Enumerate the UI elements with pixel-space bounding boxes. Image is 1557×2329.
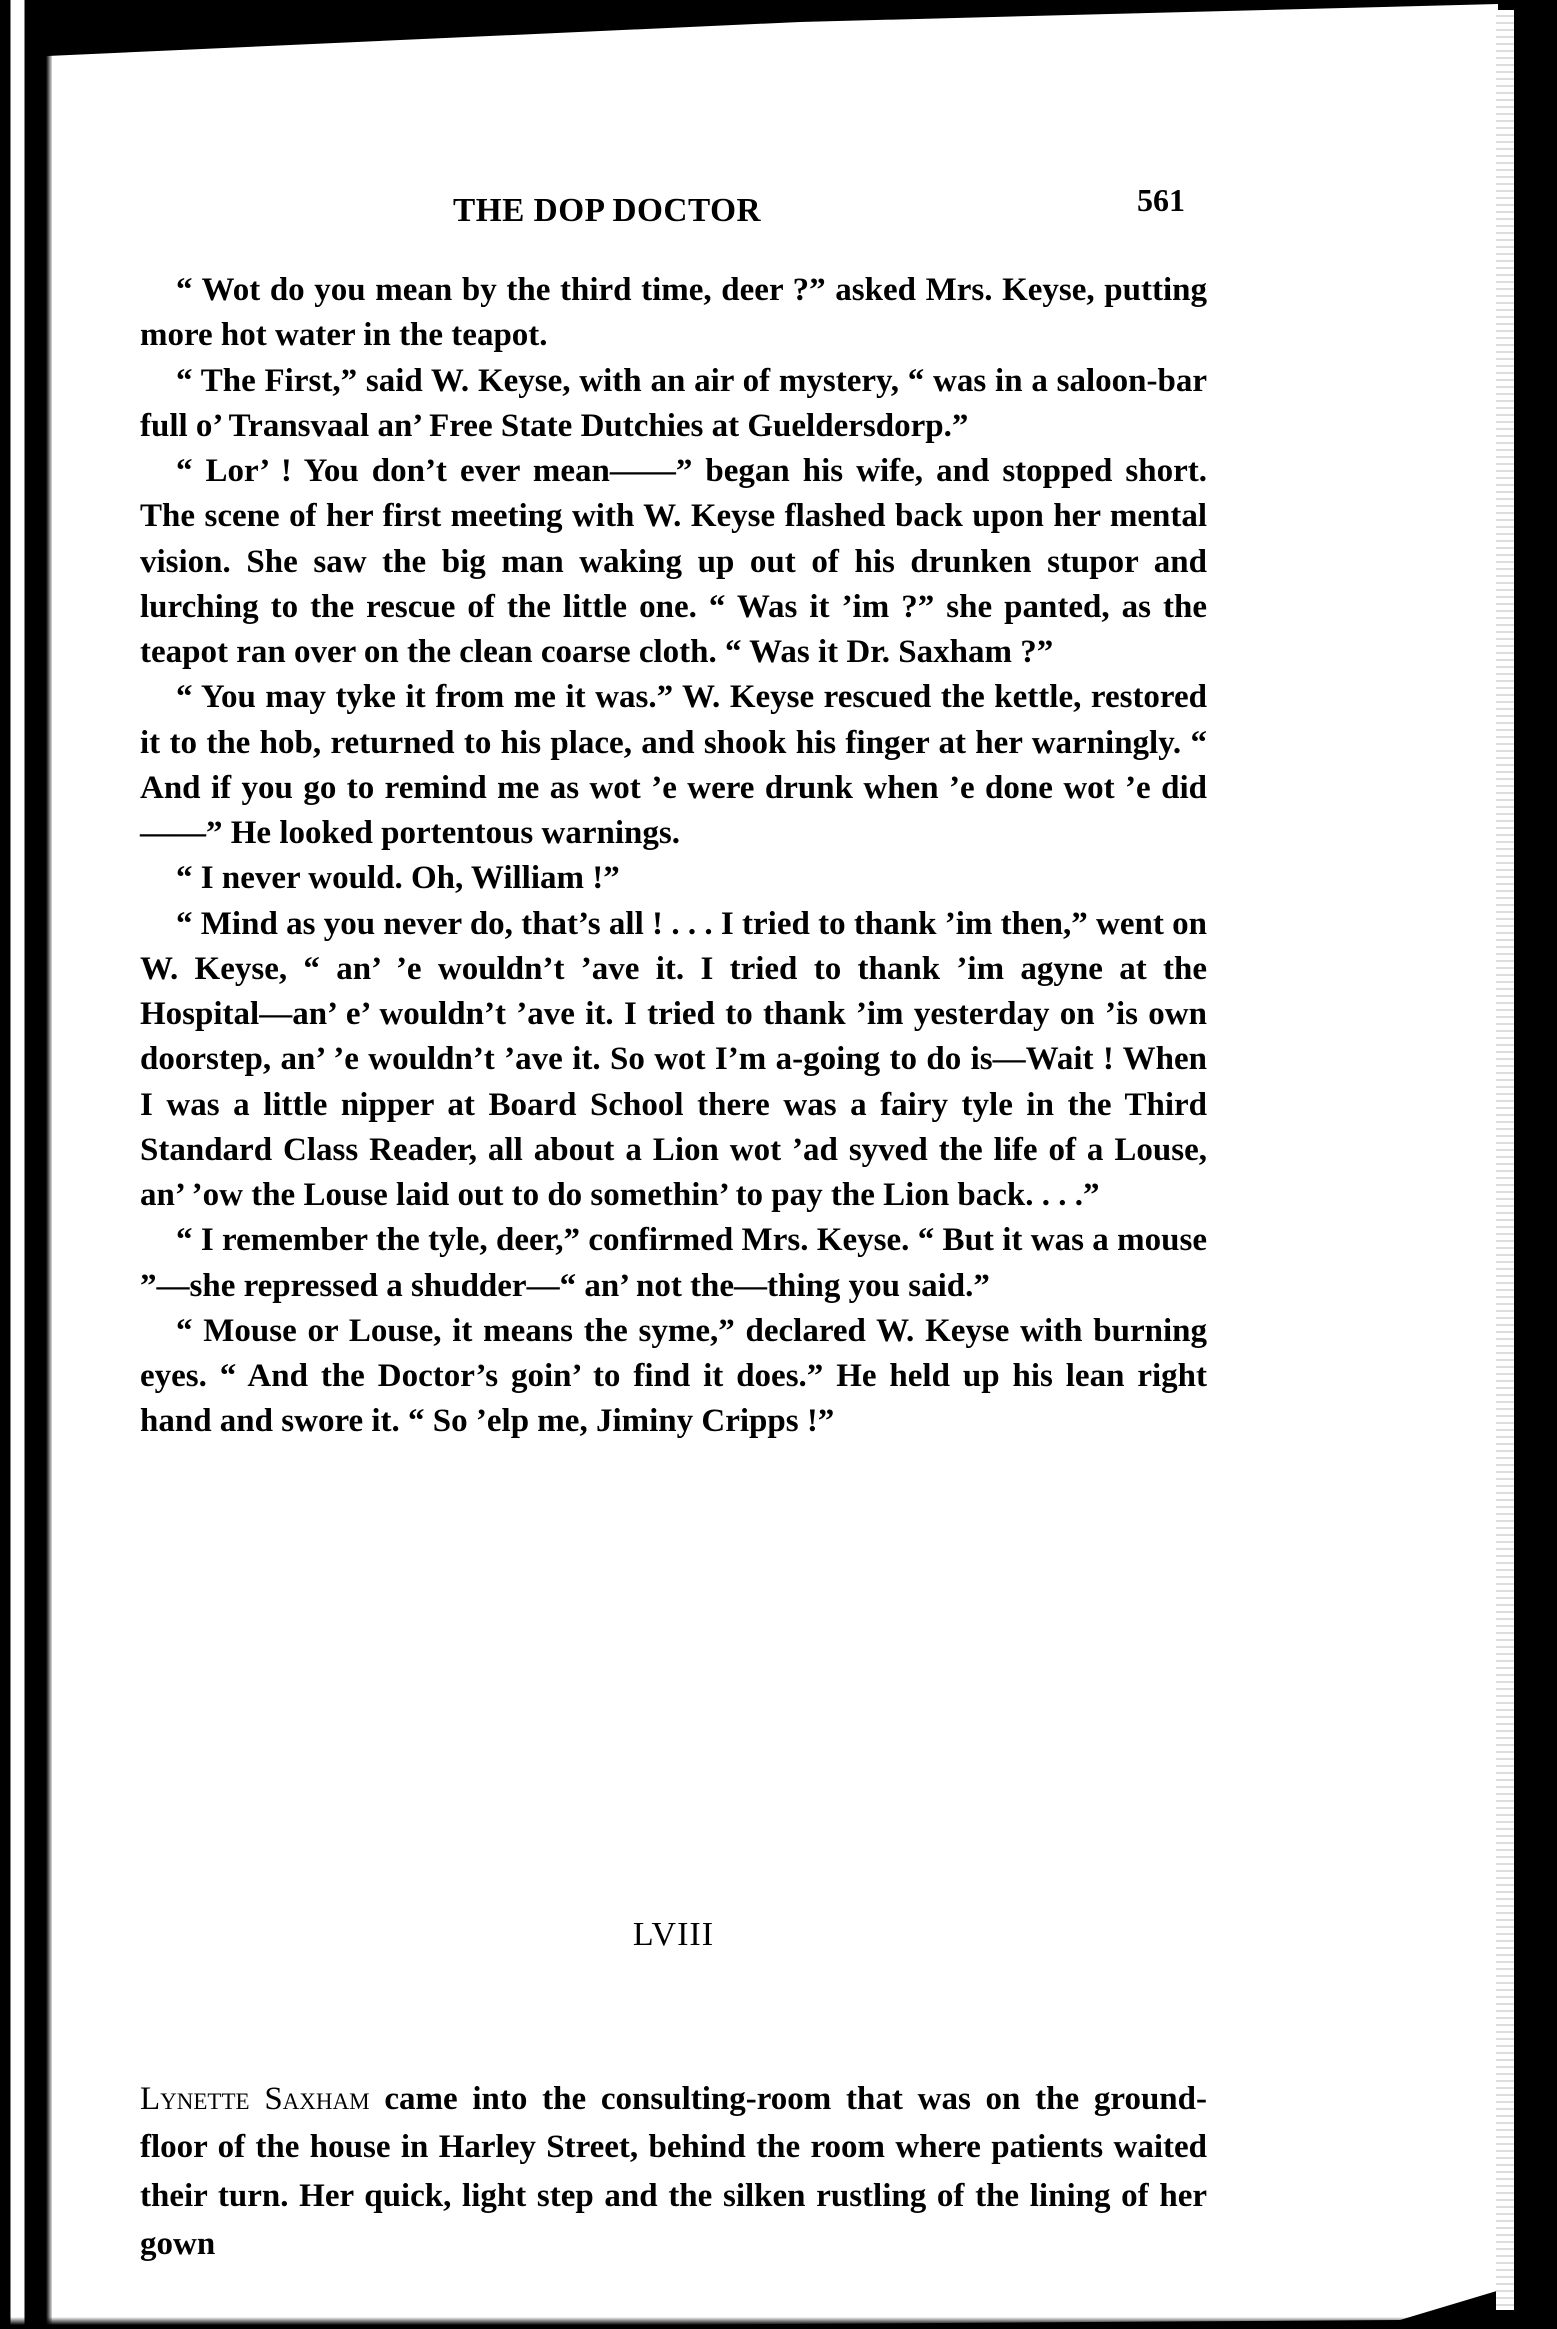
chapter-body: Lynette Saxham came into the consulting-…: [140, 2075, 1207, 2268]
paragraph: “ Lor’ ! You don’t ever mean——” began hi…: [140, 449, 1207, 675]
page-binding-edge: [0, 0, 52, 2329]
paragraph: “ I remember the tyle, deer,” confirmed …: [140, 1218, 1207, 1309]
paragraph: “ I never would. Oh, William !”: [140, 856, 1207, 901]
page-bottom-edge: [0, 2317, 1557, 2329]
page-fore-edge: [1496, 10, 1517, 2310]
paragraph: “ Mind as you never do, that’s all ! . .…: [140, 902, 1207, 1219]
paragraph: “ The First,” said W. Keyse, with an air…: [140, 359, 1207, 450]
paragraph: “ You may tyke it from me it was.” W. Ke…: [140, 675, 1207, 856]
page-number: 561: [1137, 182, 1185, 219]
chapter-lead-smallcaps: Lynette Saxham: [140, 2081, 370, 2117]
body-text: “ Wot do you mean by the third time, dee…: [140, 268, 1207, 1445]
running-head: THE DOP DOCTOR 561: [140, 192, 1207, 236]
paragraph: “ Mouse or Louse, it means the syme,” de…: [140, 1309, 1207, 1445]
paragraph: “ Wot do you mean by the third time, dee…: [140, 268, 1207, 359]
chapter-first-paragraph: Lynette Saxham came into the consulting-…: [140, 2075, 1207, 2268]
running-title: THE DOP DOCTOR: [453, 192, 761, 230]
chapter-heading: LVIII: [140, 1916, 1207, 1954]
